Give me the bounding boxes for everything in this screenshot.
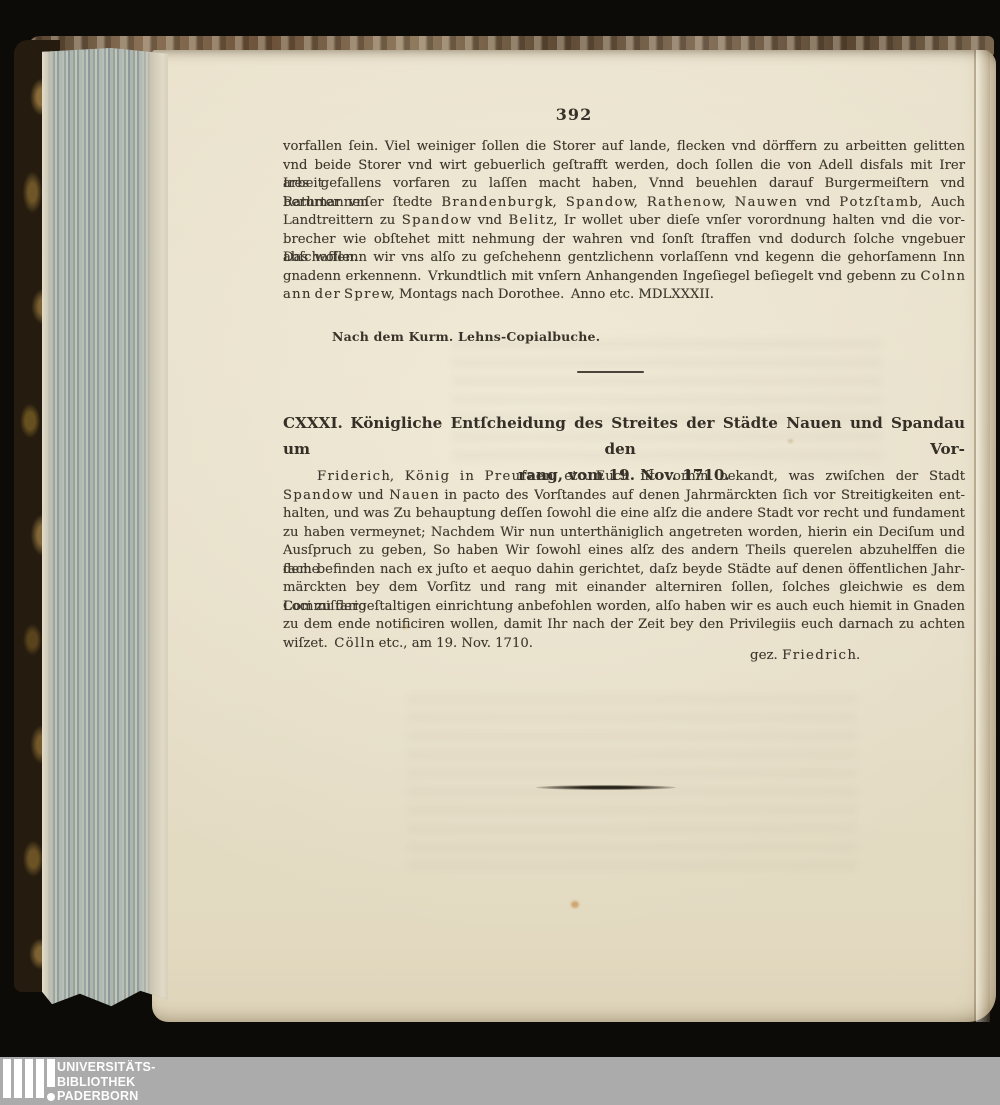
text-line: F r i d e r i c h, K ö n i g i n P r e u…: [283, 468, 965, 487]
section-heading-line1: CXXXI. Königliche Entſcheidung des Strei…: [283, 410, 965, 462]
signature-text: gez. F r i e d r i c h.: [750, 648, 860, 663]
text-line: brecher wie obſtehet mitt nehmung der wa…: [283, 231, 965, 250]
library-watermark-bar: UNIVERSITÄTS-BIBLIOTHEKPADERBORN: [0, 1057, 1000, 1105]
library-name: UNIVERSITÄTS-BIBLIOTHEKPADERBORN: [57, 1060, 155, 1104]
logo-bar: [3, 1059, 11, 1098]
text-line: Ires gefallens vorfaren zu laſſen macht …: [283, 175, 965, 194]
text-line: zu haben vermeynet; Nachdem Wir nun unte…: [283, 524, 965, 543]
text-line: S p a n d o w und N a u e n in pacto des…: [283, 487, 965, 506]
logo-exclamation-bar: [47, 1059, 55, 1087]
book-page: 392 vorfallen ſein. Viel weiniger ſollen…: [152, 50, 996, 1022]
text-line: Loci zu dergeſtaltigen einrichtung anbef…: [283, 598, 965, 617]
text-line: halten, und was Zu behauptung deſſen ſow…: [283, 505, 965, 524]
gutter-highlight: [976, 50, 990, 1022]
source-note: Nach dem Kurm. Lehns-Copialbuche.: [332, 329, 600, 344]
text-line: märckten bey dem Vorſitz und rang mit ei…: [283, 579, 965, 598]
body-paragraph-2: F r i d e r i c h, K ö n i g i n P r e u…: [283, 468, 965, 653]
section-divider-rule: [577, 371, 644, 373]
text-line: PADERBORN: [57, 1089, 155, 1104]
page-stack-fore-edge: [42, 48, 168, 1008]
end-flourish-divider: [536, 785, 676, 790]
text-line: vorfallen ſein. Viel weiniger ſollen die…: [283, 138, 965, 157]
text-line: dem befinden nach ex juſto et aequo dahi…: [283, 561, 965, 580]
paper-stain: [571, 901, 579, 908]
text-line: Landtreittern zu S p a n d o w vnd B e l…: [283, 212, 965, 231]
text-line: wiſzet. C ö l l n etc., am 19. Nov. 1710…: [283, 635, 965, 654]
text-line: berurter vnſer ſtedte B r a n d e n b u …: [283, 194, 965, 213]
text-line: UNIVERSITÄTS-: [57, 1060, 155, 1075]
page-number: 392: [152, 105, 996, 124]
text-line: gnadenn erkennenn. Vrkundtlich mit vnſer…: [283, 268, 965, 287]
logo-bar: [14, 1059, 22, 1098]
logo-exclamation-dot: [47, 1093, 55, 1101]
body-paragraph-1: vorfallen ſein. Viel weiniger ſollen die…: [283, 138, 965, 305]
show-through-text-ghost: [407, 695, 857, 870]
logo-bar: [36, 1059, 44, 1098]
text-line: vnd beide Storer vnd wirt gebuerlich geſ…: [283, 157, 965, 176]
scanned-book-photo: 392 vorfallen ſein. Viel weiniger ſollen…: [0, 0, 1000, 1105]
text-line: BIBLIOTHEK: [57, 1075, 155, 1090]
text-line: Das wollenn wir vns alſo zu geſchehenn g…: [283, 249, 965, 268]
text-line: zu dem ende notificiren wollen, damit Ih…: [283, 616, 965, 635]
logo-bar: [25, 1059, 33, 1098]
ub-paderborn-logo: [3, 1059, 63, 1105]
text-line: Ausſpruch zu geben, So haben Wir ſowohl …: [283, 542, 965, 561]
text-line: a n n d e r S p r e w, Montags nach Doro…: [283, 286, 965, 305]
